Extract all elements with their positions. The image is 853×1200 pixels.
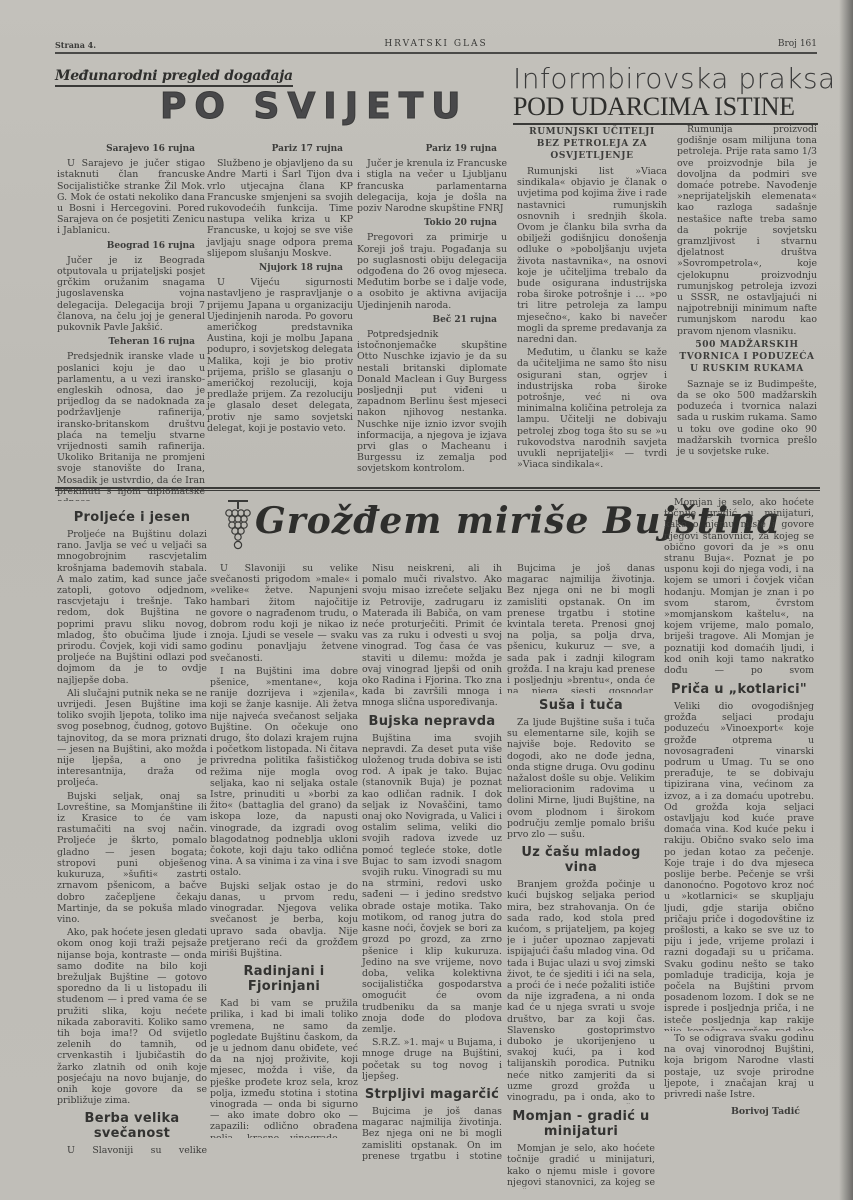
subheading: Suša i tuča (507, 698, 655, 713)
paragraph: U Slavoniji su velike svečanosti prigodo… (57, 1145, 207, 1157)
issue-number: Broj 161 (778, 39, 817, 49)
news-item-text: Predsjednik iranske vlade u poslanici ko… (57, 351, 205, 501)
dateline: Tokio 20 rujna (357, 218, 507, 229)
subheading: Bujska nepravda (362, 714, 502, 729)
paragraph: Veliki dio ovogodišnjeg grožđa seljaci p… (664, 701, 814, 1031)
newspaper-page: Strana 4. HRVATSKI GLAS Broj 161 Međunar… (0, 0, 853, 1200)
world-column-1: Sarajevo 16 rujna U Sarajevo je jučer st… (57, 140, 205, 503)
paragraph: Bujski seljak, onaj sa Lovreštine, sa Mo… (57, 791, 207, 925)
dateline: Njujork 18 rujna (207, 263, 353, 274)
paragraph: Proljeće na Bujštinu dolazi rano. Javlja… (57, 529, 207, 686)
news-item-text: Potpredsjednik istočnonjemačke skupštine… (357, 329, 507, 475)
subheading: Proljeće i jesen (57, 510, 207, 525)
informbiro-headline: Informbirovska praksa POD UDARCIMA ISTIN… (513, 64, 818, 125)
paragraph: Branjem grožđa počinje u kući bujskog se… (507, 879, 655, 1104)
informbiro-column-1: RUMUNJSKI UČITELJI BEZ PETROLEJA ZA OSVJ… (517, 124, 667, 469)
news-item-text: Pregovori za primirje u Koreji još traju… (357, 232, 507, 310)
dateline: Beograd 16 rujna (57, 241, 205, 252)
paragraph: Momjan je selo, ako hoćete točnije gradi… (507, 1143, 655, 1189)
dateline: Sarajevo 16 rujna (57, 144, 205, 155)
paragraph: To se odigrava svaku godinu na ovaj vino… (664, 1033, 814, 1100)
subheading: Berba velika svečanost (57, 1111, 207, 1141)
bujstina-column-4: Bujcima je još danas magarac najmilija ž… (507, 563, 655, 1191)
bujstina-column-2: U Slavoniji su velike svečanosti prigodo… (210, 563, 358, 1140)
dateline: Beč 21 rujna (357, 315, 507, 326)
news-item-text: Službeno je objavljeno da su Andre Marti… (207, 158, 353, 259)
article-headline: 500 MADŽARSKIH TVORNICA I PODUZEĆA U RUS… (677, 339, 817, 375)
news-item-text: Jučer je iz Beograda otputovala u prijat… (57, 255, 205, 333)
section-kicker: Međunarodni pregled događaja (55, 68, 293, 87)
paragraph: S.R.Z. »1. maj« u Bujama, i mnoge druge … (362, 1037, 502, 1082)
subheading: Priča u „kotlarici" (664, 682, 814, 697)
bujstina-column-1: Proljeće i jesen Proljeće na Bujštinu do… (57, 510, 207, 1159)
grapes-icon (222, 499, 254, 551)
paragraph: I na Bujštini ima dobre pšenice, »mentan… (210, 666, 358, 879)
world-column-2: Pariz 17 rujna Službeno je objavljeno da… (207, 140, 353, 436)
subheading: Radinjani i Fjorinjani (210, 964, 358, 994)
dateline: Teheran 16 rujna (57, 337, 205, 348)
article-headline: RUMUNJSKI UČITELJI BEZ PETROLEJA ZA OSVJ… (517, 126, 667, 162)
paragraph: Nisu neiskreni, ali ih pomalo muči rival… (362, 563, 502, 709)
subheading: Uz čašu mladog vina (507, 845, 655, 875)
section-title-po-svijetu: PO SVIJETU (160, 86, 468, 127)
paragraph: Momjan je selo, ako hoćete točnije gradi… (664, 497, 814, 677)
article-paragraph: Rumunija proizvodi godišnje osam milijun… (677, 124, 817, 337)
bujstina-column-5: Momjan je selo, ako hoćete točnije gradi… (664, 497, 814, 1117)
paragraph: U Slavoniji su velike svečanosti prigodo… (210, 563, 358, 664)
masthead: Strana 4. HRVATSKI GLAS Broj 161 (55, 36, 817, 54)
paragraph: Bujski seljak ostao je do danas, u prvom… (210, 881, 358, 959)
dateline: Pariz 19 rujna (357, 144, 507, 155)
news-item-text: Jučer je krenula iz Francuske i stigla n… (357, 158, 507, 214)
bujstina-column-3: Nisu neiskreni, ali ih pomalo muči rival… (362, 563, 502, 1164)
paragraph: Ali slučajni putnik neka se ne uvrijedi.… (57, 688, 207, 789)
paragraph: Ako, pak hoćete jesen gledati okom onog … (57, 927, 207, 1106)
news-item-text: U Vijeću sigurnosti nastavljeno je raspr… (207, 277, 353, 434)
subheading: Momjan - gradić u minijaturi (507, 1109, 655, 1139)
paragraph: Bujcima je još danas magarac najmilija ž… (507, 563, 655, 693)
headline-line-1: Informbirovska praksa (513, 64, 818, 94)
paragraph: Bujština ima svojih nepravdi. Za deset p… (362, 733, 502, 1035)
article-paragraph: Saznaje se iz Budimpešte, da se oko 500 … (677, 379, 817, 457)
paragraph: Za ljude Bujštine suša i tuča su element… (507, 717, 655, 840)
world-column-3: Pariz 19 rujna Jučer je krenula iz Franc… (357, 140, 507, 477)
newspaper-name: HRVATSKI GLAS (55, 39, 817, 49)
paragraph: Bujcima je još danas magarac najmilija ž… (362, 1106, 502, 1162)
informbiro-column-2: Rumunija proizvodi godišnje osam milijun… (677, 124, 817, 459)
article-paragraph: Rumunjski list »Viaca sindikala« objavio… (517, 166, 667, 345)
headline-line-2: POD UDARCIMA ISTINE (513, 94, 818, 125)
dateline: Pariz 17 rujna (207, 144, 353, 155)
paragraph: Kad bi vam se pružila prilika, i kad bi … (210, 998, 358, 1138)
section-divider (55, 487, 820, 491)
author-signature: Borivoj Tadić (664, 1106, 814, 1117)
news-item-text: U Sarajevo je jučer stigao istaknuti čla… (57, 158, 205, 236)
subheading: Strpljivi magarčić (362, 1087, 502, 1102)
article-paragraph: Međutim, u članku se kaže da učiteljima … (517, 347, 667, 467)
